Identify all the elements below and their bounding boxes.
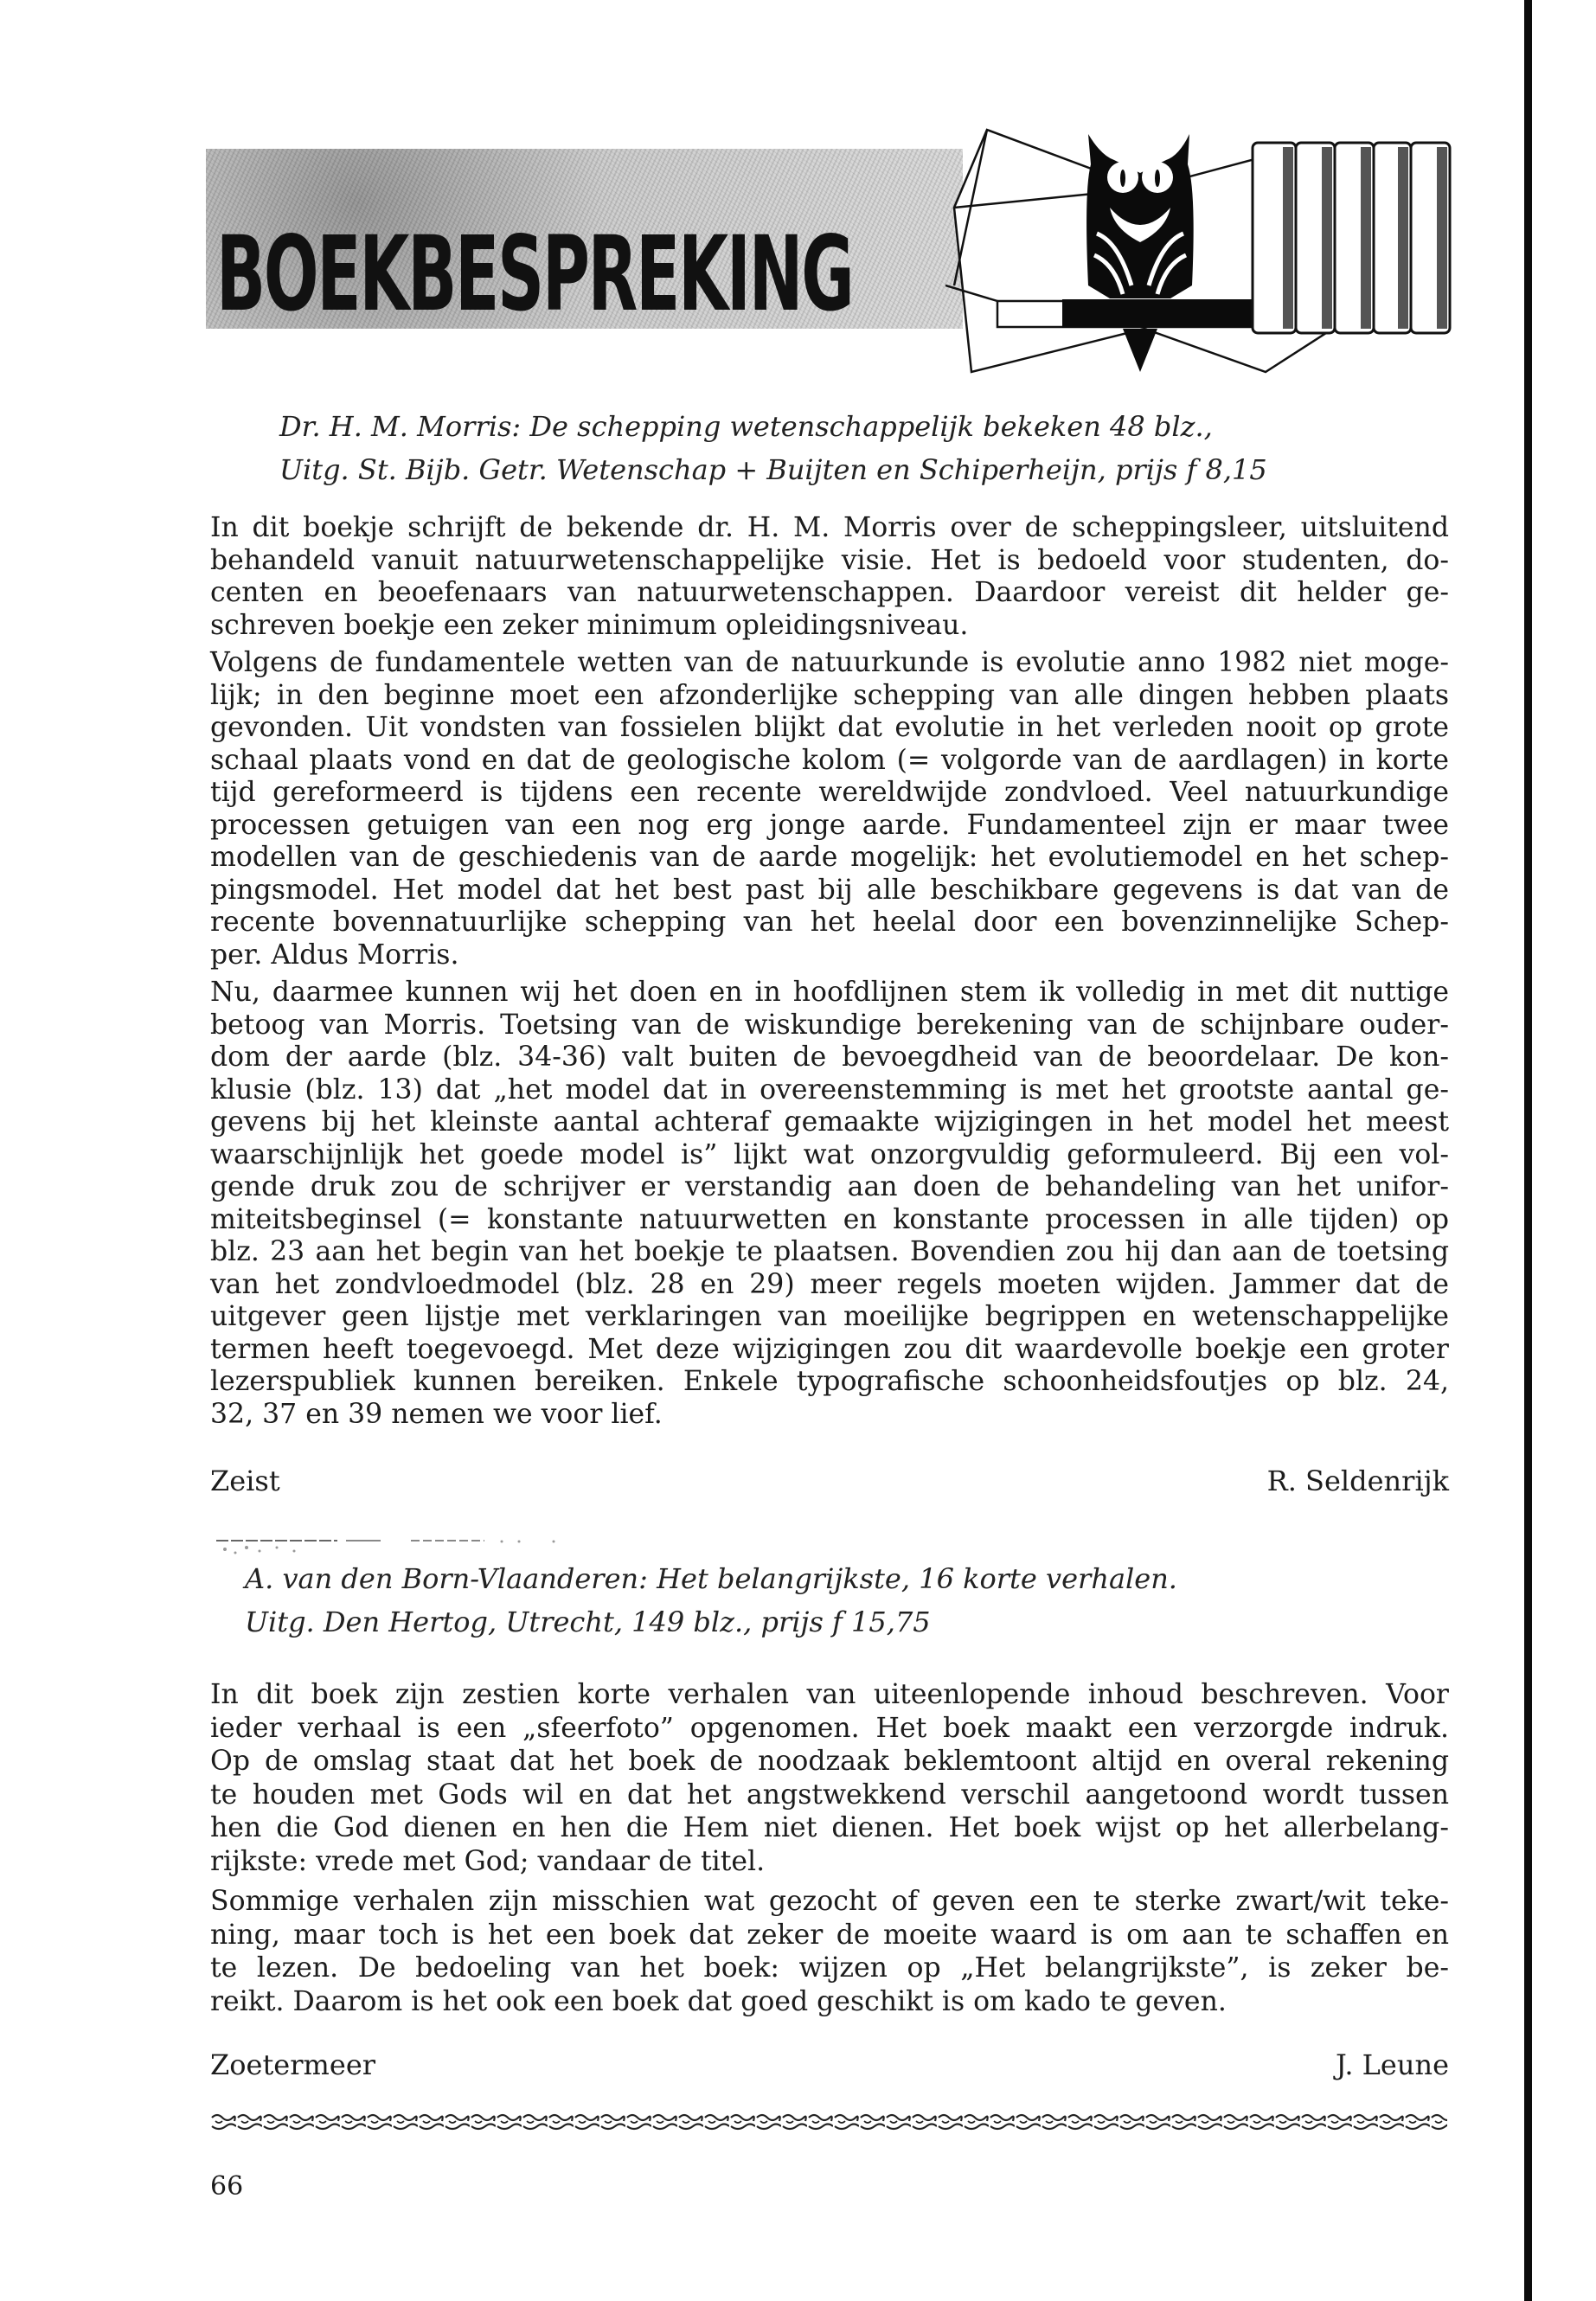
text-line: 32, 37 en 39 nemen we voor lief.	[210, 1399, 1449, 1432]
paragraph: In dit boek zijn zestien korte verhalen …	[210, 1678, 1449, 1878]
text-line: tijd gereformeerd is tijdens een recente…	[210, 777, 1449, 810]
text-line: Volgens de fundamentele wetten van de na…	[210, 647, 1449, 680]
review-1-body: In dit boekje schrijft de bekende dr. H.…	[210, 512, 1449, 1436]
paragraph: In dit boekje schrijft de bekende dr. H.…	[210, 512, 1449, 642]
text-line: ieder verhaal is een „sfeerfoto” opgenom…	[210, 1712, 1449, 1746]
section-header: BOEKBESPREKING	[206, 112, 1452, 398]
paragraph: Volgens de fundamentele wetten van de na…	[210, 647, 1449, 971]
text-line: uitgever geen lijstje met verklaringen v…	[210, 1301, 1449, 1334]
text-line: rijkste: vrede met God; vandaar de titel…	[210, 1845, 1449, 1879]
reviewer-name: J. Leune	[1336, 2048, 1449, 2081]
text-line: gevens bij het kleinste aantal achteraf …	[210, 1106, 1449, 1139]
text-line: Op de omslag staat dat het boek de noodz…	[210, 1745, 1449, 1779]
text-line: lezerspubliek kunnen bereiken. Enkele ty…	[210, 1366, 1449, 1399]
title-band: BOEKBESPREKING	[206, 149, 963, 329]
text-line: modellen van de geschiedenis van de aard…	[210, 842, 1449, 875]
text-line: gevonden. Uit vondsten van fossielen bli…	[210, 712, 1449, 745]
citation-line: A. van den Born-Vlaanderen: Het belangri…	[210, 1557, 1449, 1600]
text-line: van het zondvloedmodel (blz. 28 en 29) m…	[210, 1269, 1449, 1302]
review-place: Zeist	[210, 1465, 280, 1497]
wave-ornament-icon	[210, 2111, 1447, 2133]
page-number: 66	[210, 2171, 243, 2202]
text-line: miteitsbeginsel (= konstante natuurwette…	[210, 1204, 1449, 1237]
text-line: te houden met Gods wil en dat het angstw…	[210, 1779, 1449, 1812]
text-line: centen en beoefenaars van natuurwetensch…	[210, 577, 1449, 610]
text-line: processen getuigen van een nog erg jonge…	[210, 810, 1449, 843]
text-line: lijk; in den beginne moet een afzonderli…	[210, 680, 1449, 713]
paragraph: Nu, daarmee kunnen wij het doen en in ho…	[210, 977, 1449, 1431]
review-2-citation: A. van den Born-Vlaanderen: Het belangri…	[210, 1557, 1449, 1644]
review-2-body: In dit boek zijn zestien korte verhalen …	[210, 1678, 1449, 2023]
text-line: betoog van Morris. Toetsing van de wisku…	[210, 1009, 1449, 1042]
citation-line: Dr. H. M. Morris: De schepping wetenscha…	[210, 405, 1449, 448]
text-line: blz. 23 aan het begin van het boekje te …	[210, 1236, 1449, 1269]
text-line: hen die God dienen en hen die Hem niet d…	[210, 1811, 1449, 1845]
citation-line: Uitg. Den Hertog, Utrecht, 149 blz., pri…	[210, 1600, 1449, 1644]
page-edge-bar	[1524, 0, 1532, 2301]
reviewer-name: R. Seldenrijk	[1267, 1465, 1449, 1497]
text-line: reikt. Daarom is het ook een boek dat go…	[210, 1985, 1449, 2019]
text-line: termen heeft toegevoegd. Met deze wijzig…	[210, 1334, 1449, 1367]
section-title: BOEKBESPREKING	[216, 222, 752, 326]
text-line: Sommige verhalen zijn misschien wat gezo…	[210, 1885, 1449, 1919]
text-line: recente bovennatuurlijke schepping van h…	[210, 907, 1449, 939]
text-line: ning, maar toch is het een boek dat zeke…	[210, 1919, 1449, 1952]
text-line: pingsmodel. Het model dat het best past …	[210, 875, 1449, 907]
text-line: In dit boekje schrijft de bekende dr. H.…	[210, 512, 1449, 545]
text-line: klusie (blz. 13) dat „het model dat in o…	[210, 1074, 1449, 1107]
text-line: dom der aarde (blz. 34-36) valt buiten d…	[210, 1042, 1449, 1074]
text-line: In dit boek zijn zestien korte verhalen …	[210, 1678, 1449, 1712]
paragraph: Sommige verhalen zijn misschien wat gezo…	[210, 1885, 1449, 2018]
text-line: schreven boekje een zeker minimum opleid…	[210, 610, 1449, 643]
review-place: Zoetermeer	[210, 2048, 375, 2081]
text-line: gende druk zou de schrijver er verstandi…	[210, 1171, 1449, 1204]
citation-line: Uitg. St. Bijb. Getr. Wetenschap + Buijt…	[210, 448, 1449, 491]
text-line: waarschijnlijk het goede model is” lijkt…	[210, 1139, 1449, 1172]
text-line: te lezen. De bedoeling van het boek: wij…	[210, 1952, 1449, 1985]
text-line: Nu, daarmee kunnen wij het doen en in ho…	[210, 977, 1449, 1009]
review-2-signature: Zoetermeer J. Leune	[210, 2048, 1449, 2081]
review-1-signature: Zeist R. Seldenrijk	[210, 1465, 1449, 1497]
text-line: per. Aldus Morris.	[210, 939, 1449, 972]
review-1-citation: Dr. H. M. Morris: De schepping wetenscha…	[210, 405, 1449, 491]
owl-on-books-icon	[945, 112, 1456, 398]
text-line: schaal plaats vond en dat de geologische…	[210, 745, 1449, 778]
text-line: behandeld vanuit natuurwetenschappelijke…	[210, 545, 1449, 578]
